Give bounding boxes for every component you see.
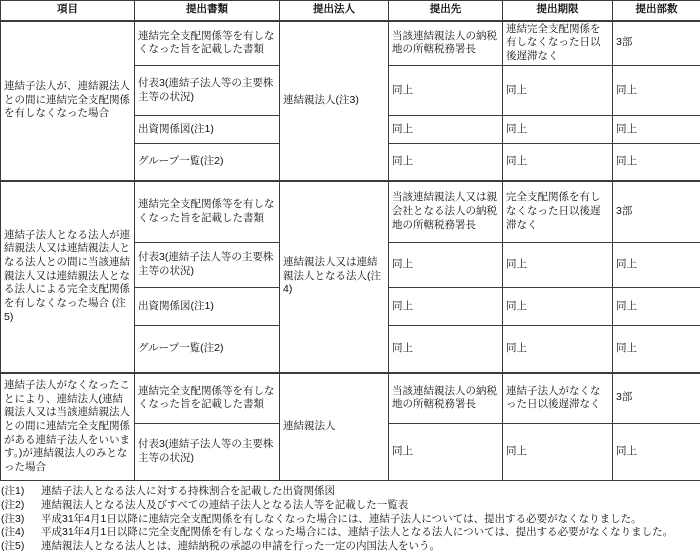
table-row: 連結子法人となる法人が連結親法人又は連結親法人となる法人との間に当該連結親法人又… [1,181,700,243]
footnotes: (注1) 連結子法人となる法人に対する持株割合を記載した出資関係図 (注2) 連… [0,481,700,553]
document-cell: 付表3(連結子法人等の主要株主等の状況) [135,424,280,481]
copies-cell: 同上 [613,144,700,181]
footnote-label: (注3) [1,513,41,526]
copies-cell: 同上 [613,66,700,116]
corporation-cell: 連結親法人(注3) [280,21,389,181]
footnote-text: 連結親法人となる法人とは、連結納税の承認の申請を行った一定の内国法人をいう。 [41,540,698,553]
destination-cell: 同上 [389,144,503,181]
footnote-text: 連結子法人となる法人に対する持株割合を記載した出資関係図 [41,485,698,498]
deadline-cell: 同上 [503,424,613,481]
document-page: 項目 提出書類 提出法人 提出先 提出期限 提出部数 連結子法人が、連結親法人と… [0,0,700,553]
footnote-label: (注5) [1,540,41,553]
footnote-label: (注1) [1,485,41,498]
copies-cell: 同上 [613,116,700,144]
destination-cell: 同上 [389,66,503,116]
deadline-cell: 同上 [503,326,613,373]
deadline-cell: 同上 [503,288,613,326]
copies-cell: 同上 [613,326,700,373]
destination-cell: 同上 [389,288,503,326]
corporation-cell: 連結親法人 [280,373,389,481]
document-cell: 連結完全支配関係等を有しなくなった旨を記載した書類 [135,373,280,424]
item-cell: 連結子法人が、連結親法人との間に連結完全支配関係を有しなくなった場合 [1,21,135,181]
deadline-cell: 連結子法人がなくなった日以後遅滞なく [503,373,613,424]
document-cell: 連結完全支配関係等を有しなくなった旨を記載した書類 [135,181,280,243]
footnote-text: 平成31年4月1日以降に完全支配関係を有しなくなった場合には、連結子法人となる法… [41,526,698,539]
table-row: 連結子法人が、連結親法人との間に連結完全支配関係を有しなくなった場合 連結完全支… [1,21,700,66]
deadline-cell: 同上 [503,243,613,288]
footnote: (注1) 連結子法人となる法人に対する持株割合を記載した出資関係図 [1,485,698,498]
copies-cell: 同上 [613,243,700,288]
footnote: (注3) 平成31年4月1日以降に連結完全支配関係を有しなくなった場合には、連結… [1,513,698,526]
item-cell: 連結子法人となる法人が連結親法人又は連結親法人となる法人との間に当該連結親法人又… [1,181,135,373]
corporation-cell: 連結親法人又は連結親法人となる法人(注4) [280,181,389,373]
header-row: 項目 提出書類 提出法人 提出先 提出期限 提出部数 [1,1,700,21]
deadline-cell: 同上 [503,144,613,181]
footnote-label: (注2) [1,499,41,512]
copies-cell: 3部 [613,21,700,66]
document-cell: 付表3(連結子法人等の主要株主等の状況) [135,66,280,116]
destination-cell: 同上 [389,424,503,481]
destination-cell: 当該連結親法人又は親会社となる法人の納税地の所轄税務署長 [389,181,503,243]
deadline-cell: 完全支配関係を有しなくなった日以後遅滞なく [503,181,613,243]
col-header-corporation: 提出法人 [280,1,389,21]
footnote: (注4) 平成31年4月1日以降に完全支配関係を有しなくなった場合には、連結子法… [1,526,698,539]
document-cell: 出資関係図(注1) [135,116,280,144]
footnote: (注2) 連結親法人となる法人及びすべての連結子法人となる法人等を記載した一覧表 [1,499,698,512]
document-cell: 付表3(連結子法人等の主要株主等の状況) [135,243,280,288]
item-cell: 連結子法人がなくなったことにより、連結法人(連結親法人又は当該連結親法人との間に… [1,373,135,481]
deadline-cell: 同上 [503,116,613,144]
submission-documents-table: 項目 提出書類 提出法人 提出先 提出期限 提出部数 連結子法人が、連結親法人と… [0,0,700,481]
copies-cell: 同上 [613,288,700,326]
copies-cell: 3部 [613,181,700,243]
copies-cell: 同上 [613,424,700,481]
footnote-label: (注4) [1,526,41,539]
footnote: (注5) 連結親法人となる法人とは、連結納税の承認の申請を行った一定の内国法人を… [1,540,698,553]
destination-cell: 同上 [389,243,503,288]
document-cell: グループ一覧(注2) [135,326,280,373]
destination-cell: 当該連結親法人の納税地の所轄税務署長 [389,21,503,66]
deadline-cell: 連結完全支配関係を有しなくなった日以後遅滞なく [503,21,613,66]
col-header-item: 項目 [1,1,135,21]
footnote-text: 連結親法人となる法人及びすべての連結子法人となる法人等を記載した一覧表 [41,499,698,512]
col-header-documents: 提出書類 [135,1,280,21]
destination-cell: 同上 [389,326,503,373]
footnote-text: 平成31年4月1日以降に連結完全支配関係を有しなくなった場合には、連結子法人につ… [41,513,698,526]
table-row: 連結子法人がなくなったことにより、連結法人(連結親法人又は当該連結親法人との間に… [1,373,700,424]
copies-cell: 3部 [613,373,700,424]
document-cell: 出資関係図(注1) [135,288,280,326]
col-header-deadline: 提出期限 [503,1,613,21]
destination-cell: 当該連結親法人の納税地の所轄税務署長 [389,373,503,424]
deadline-cell: 同上 [503,66,613,116]
col-header-copies: 提出部数 [613,1,700,21]
col-header-destination: 提出先 [389,1,503,21]
destination-cell: 同上 [389,116,503,144]
document-cell: グループ一覧(注2) [135,144,280,181]
document-cell: 連結完全支配関係等を有しなくなった旨を記載した書類 [135,21,280,66]
